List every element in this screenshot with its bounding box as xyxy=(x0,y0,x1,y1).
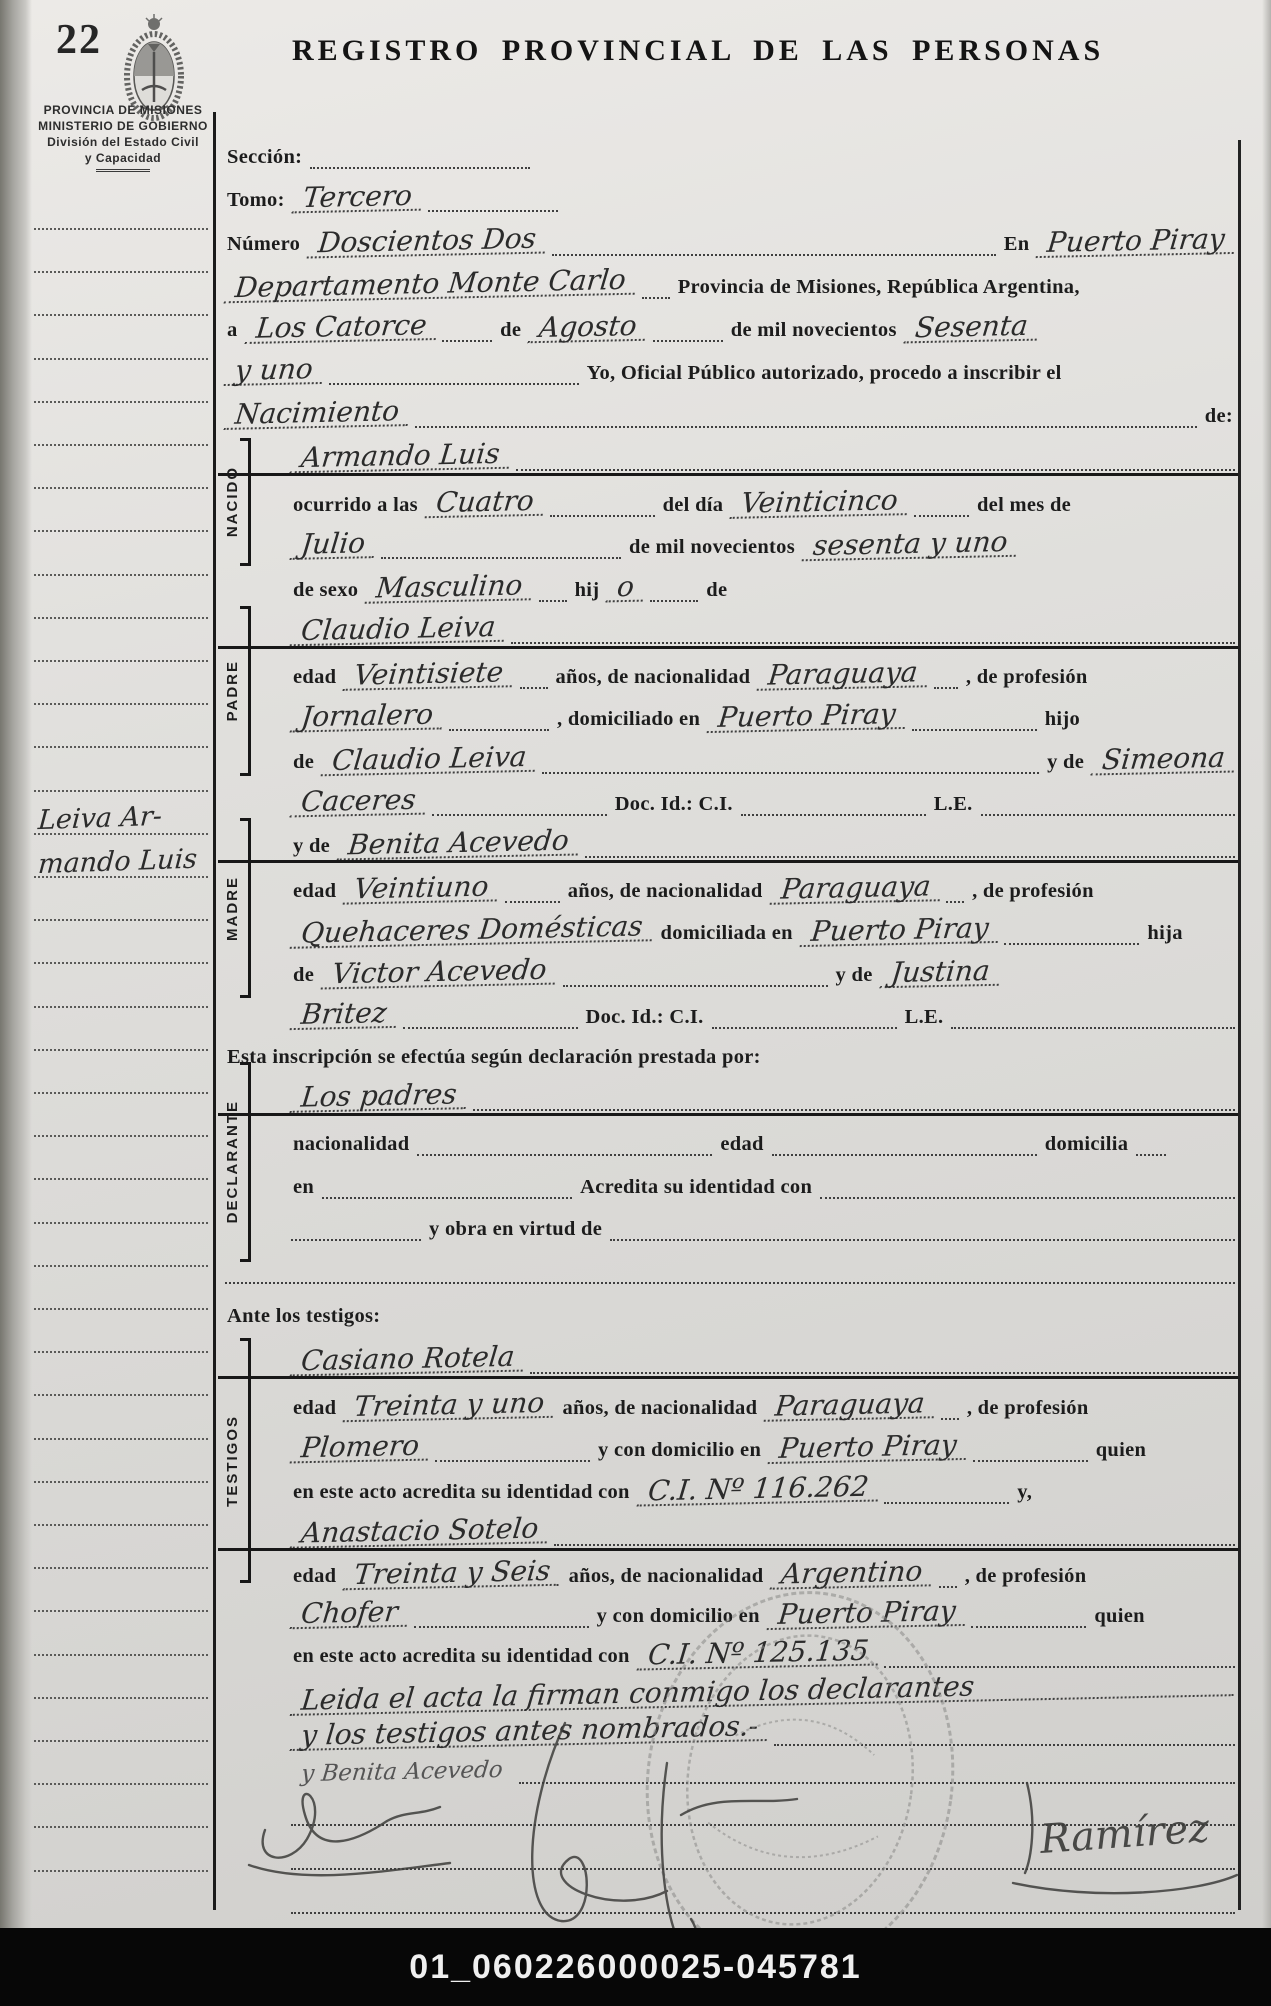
form-printed-label: L.E. xyxy=(929,794,978,823)
margin-ruled-line xyxy=(34,660,208,662)
section-label-testigos: TESTIGOS xyxy=(224,1338,251,1583)
form-printed-label: edad xyxy=(288,1566,341,1595)
margin-ruled-line xyxy=(34,1394,208,1396)
form-handwritten-value: Julio xyxy=(290,531,377,560)
form-printed-label: años, de nacionalidad xyxy=(557,1398,762,1427)
form-handwritten-value: Benita Acevedo xyxy=(337,829,580,861)
margin-ruled-line xyxy=(34,1351,208,1353)
form-printed-label: , de profesión xyxy=(961,667,1093,696)
form-row: deVictor Acevedoy deJustina xyxy=(222,953,1238,993)
margin-ruled-line xyxy=(34,1524,208,1526)
form-blank-line xyxy=(653,338,723,342)
form-handwritten-value: Puerto Piray xyxy=(768,1433,968,1464)
margin-ruled-line xyxy=(34,228,208,230)
form-blank-line xyxy=(432,812,607,816)
form-blank-line xyxy=(310,165,530,169)
margin-ruled-line xyxy=(34,746,208,748)
form-blank-line xyxy=(520,685,548,689)
form-printed-label: Doc. Id.: C.I. xyxy=(581,1007,709,1036)
form-handwritten-value: Puerto Piray xyxy=(800,916,1000,947)
signature-officer-icon xyxy=(532,1723,667,1921)
form-printed-label: nacionalidad xyxy=(288,1134,414,1163)
margin-note-line: Leiva Ar- xyxy=(37,793,220,843)
page-right-edge xyxy=(1262,0,1271,2006)
form-printed-label: edad xyxy=(288,667,341,696)
form-handwritten-value: Victor Acevedo xyxy=(321,958,558,990)
form-printed-label: de mil novecientos xyxy=(624,537,800,566)
form-handwritten-value: Simeona xyxy=(1091,746,1237,776)
form-printed-label: edad xyxy=(288,1398,341,1427)
form-row: NúmeroDoscientos DosEnPuerto Piray xyxy=(222,222,1238,262)
form-blank-line xyxy=(322,1195,572,1199)
scanned-birth-record: 22 REGISTRO PROVINCIAL DE LAS PERSONAS P… xyxy=(0,0,1271,2006)
form-blank-line xyxy=(505,899,560,903)
margin-ruled-line xyxy=(34,444,208,446)
form-row: edadVeintisieteaños, de nacionalidadPara… xyxy=(222,655,1238,695)
form-blank-line xyxy=(712,1025,897,1029)
margin-ruled-line xyxy=(34,1308,208,1310)
form-printed-label: en xyxy=(288,1177,319,1206)
form-blank-line xyxy=(914,513,969,517)
margin-ruled-line xyxy=(34,962,208,964)
form-printed-label: años, de nacionalidad xyxy=(563,881,768,910)
form-handwritten-value: Claudio Leiva xyxy=(290,615,507,646)
form-handwritten-value: Puerto Piray xyxy=(1036,227,1236,258)
margin-ruled-line xyxy=(34,1654,208,1656)
margin-ruled-line xyxy=(34,358,208,360)
form-row: Juliode mil novecientossesenta y uno xyxy=(222,525,1238,565)
form-row: edadVeintiunoaños, de nacionalidadParagu… xyxy=(222,869,1238,909)
form-printed-label: , de profesión xyxy=(962,1398,1094,1427)
margin-note: Leiva Ar- mando Luis xyxy=(38,796,218,884)
office-line: PROVINCIA DE MISIONES xyxy=(34,102,212,118)
form-handwritten-value: Anastacio Sotelo xyxy=(290,1516,550,1548)
form-row: Sección: xyxy=(222,135,1238,175)
form-printed-label: a xyxy=(222,320,243,349)
form-row: y unoYo, Oficial Público autorizado, pro… xyxy=(222,351,1238,391)
form-printed-label: de sexo xyxy=(288,580,363,609)
form-handwritten-value: Agosto xyxy=(528,314,648,343)
book-spine-shadow xyxy=(0,0,32,2006)
form-printed-label: edad xyxy=(288,881,341,910)
form-blank-line xyxy=(225,1280,1235,1284)
form-handwritten-value: Doscientos Dos xyxy=(307,227,548,259)
margin-ruled-line xyxy=(34,1092,208,1094)
form-row: nacionalidadedaddomicilia xyxy=(222,1122,1238,1162)
form-handwritten-value: Nacimiento xyxy=(224,399,411,430)
form-row: Plomeroy con domicilio enPuerto Pirayqui… xyxy=(222,1428,1238,1468)
form-printed-label: de xyxy=(288,752,319,781)
form-handwritten-value: sesenta y uno xyxy=(802,530,1019,561)
form-row: Esta inscripción se efectúa según declar… xyxy=(222,1035,1238,1075)
form-row: edadTreinta y unoaños, de nacionalidadPa… xyxy=(222,1386,1238,1426)
form-blank-line xyxy=(741,812,926,816)
form-blank-line xyxy=(381,555,621,559)
margin-ruled-line xyxy=(34,271,208,273)
form-printed-label: Provincia de Misiones, República Argenti… xyxy=(673,277,1085,306)
signature-declarant-icon xyxy=(263,1794,440,1858)
office-line: MINISTERIO DE GOBIERNO xyxy=(34,118,212,134)
form-blank-line xyxy=(473,1107,1235,1111)
form-handwritten-value: Tercero xyxy=(291,184,423,214)
section-label-madre: MADRE xyxy=(224,818,251,998)
margin-ruled-line xyxy=(34,314,208,316)
form-printed-label: de xyxy=(495,320,526,349)
margin-ruled-line xyxy=(34,1697,208,1699)
form-blank-line xyxy=(884,1500,1009,1504)
form-handwritten-value: Quehaceres Domésticas xyxy=(290,914,654,948)
form-row: aLos CatorcedeAgostode mil novecientosSe… xyxy=(222,308,1238,348)
form-handwritten-value: o xyxy=(606,575,646,603)
form-blank-line xyxy=(934,685,958,689)
form-blank-line xyxy=(563,983,828,987)
form-handwritten-value: Los padres xyxy=(290,1082,468,1113)
margin-ruled-line xyxy=(34,1135,208,1137)
form-printed-label: Acredita su identidad con xyxy=(575,1177,817,1206)
form-printed-label: y de xyxy=(288,836,335,865)
form-printed-label: Ante los testigos: xyxy=(222,1306,385,1335)
form-blank-line xyxy=(329,381,579,385)
form-row: Departamento Monte CarloProvincia de Mis… xyxy=(222,265,1238,305)
form-handwritten-value: Sesenta xyxy=(903,314,1038,344)
form-blank-line xyxy=(530,1370,1235,1374)
form-printed-label: del día xyxy=(658,495,729,524)
margin-ruled-line xyxy=(34,1783,208,1785)
form-blank-line xyxy=(946,899,964,903)
form-handwritten-value: Cuatro xyxy=(425,489,545,518)
margin-ruled-line xyxy=(34,1049,208,1051)
form-handwritten-value: Veinticinco xyxy=(730,488,909,519)
signature-ramirez: Ramírez xyxy=(1037,1805,1211,1863)
form-handwritten-value: Paraguaya xyxy=(757,660,929,690)
form-blank-line xyxy=(981,812,1235,816)
margin-ruled-line xyxy=(34,1826,208,1828)
form-handwritten-value: Justina xyxy=(879,959,1000,988)
scan-code: 01_060226000025-045781 xyxy=(409,1948,861,1987)
office-heading: PROVINCIA DE MISIONES MINISTERIO DE GOBI… xyxy=(34,102,212,172)
margin-ruled-line xyxy=(34,1438,208,1440)
margin-note-line: mando Luis xyxy=(37,837,220,887)
form-printed-label: y, xyxy=(1012,1482,1037,1511)
form-printed-label: domicilia xyxy=(1040,1134,1134,1163)
margin-ruled-line xyxy=(34,703,208,705)
page-number: 22 xyxy=(56,16,102,64)
margin-ruled-line xyxy=(34,790,208,792)
margin-ruled-line xyxy=(34,919,208,921)
form-blank-line xyxy=(585,854,1235,858)
form-handwritten-value: Caceres xyxy=(290,788,427,818)
form-row: Nacimientode: xyxy=(222,394,1238,434)
scan-code-bar: 01_060226000025-045781 xyxy=(0,1928,1271,2006)
registry-title: REGISTRO PROVINCIAL DE LAS PERSONAS xyxy=(292,34,1104,68)
form-blank-line xyxy=(642,295,670,299)
form-row: Armando Luis xyxy=(222,437,1238,477)
form-row: Tomo:Tercero xyxy=(222,178,1238,218)
form-row: CaceresDoc. Id.: C.I.L.E. xyxy=(222,782,1238,822)
form-row: y obra en virtud de xyxy=(222,1207,1238,1247)
form-printed-label: ocurrido a las xyxy=(288,495,423,524)
form-blank-line xyxy=(442,338,492,342)
form-blank-line xyxy=(435,1458,590,1462)
form-left-rule xyxy=(213,112,216,1910)
office-line: y Capacidad xyxy=(34,150,212,166)
form-handwritten-value: Jornalero xyxy=(290,703,445,733)
form-blank-line xyxy=(912,727,1037,731)
form-printed-label: edad xyxy=(715,1134,768,1163)
signature-ramirez-flourish xyxy=(1025,1783,1032,1873)
form-handwritten-value: Departamento Monte Carlo xyxy=(224,268,637,303)
form-handwritten-value: Veintiuno xyxy=(343,875,500,905)
form-printed-label: Esta inscripción se efectúa según declar… xyxy=(222,1047,766,1076)
form-row: en este acto acredita su identidad conC.… xyxy=(222,1470,1238,1510)
form-blank-line xyxy=(542,770,1039,774)
form-handwritten-value: Veintisiete xyxy=(343,660,515,690)
form-row: Claudio Leiva xyxy=(222,610,1238,650)
form-row: Quehaceres Domésticasdomiciliada enPuert… xyxy=(222,911,1238,951)
margin-ruled-line xyxy=(34,530,208,532)
form-blank-line xyxy=(539,598,567,602)
form-row: ocurrido a lasCuatrodel díaVeinticincode… xyxy=(222,483,1238,523)
form-blank-line xyxy=(554,1542,1235,1546)
office-line: División del Estado Civil xyxy=(34,134,212,150)
form-blank-line xyxy=(941,1416,959,1420)
margin-ruled-line xyxy=(34,1740,208,1742)
form-blank-line xyxy=(650,598,698,602)
form-printed-label: hij xyxy=(570,580,605,609)
form-printed-label: años, de nacionalidad xyxy=(551,667,756,696)
form-printed-label: y de xyxy=(831,965,878,994)
margin-ruled-line xyxy=(34,487,208,489)
margin-ruled-line xyxy=(34,1481,208,1483)
form-row: Los padres xyxy=(222,1077,1238,1117)
form-printed-label: , de profesión xyxy=(967,881,1099,910)
form-printed-label: de: xyxy=(1200,406,1238,435)
section-label-declarante: DECLARANTE xyxy=(224,1062,251,1262)
section-label-padre: PADRE xyxy=(224,606,251,776)
margin-ruled-line xyxy=(34,1006,208,1008)
form-blank-line xyxy=(1136,1152,1166,1156)
form-handwritten-value: C.I. Nº 116.262 xyxy=(636,1475,879,1507)
form-blank-line xyxy=(428,208,558,212)
form-printed-label: hija xyxy=(1142,923,1187,952)
form-printed-label: del mes de xyxy=(972,495,1076,524)
form-handwritten-value: Treinta y uno xyxy=(343,1391,556,1422)
form-blank-line xyxy=(820,1195,1235,1199)
form-blank-line xyxy=(449,727,549,731)
form-printed-label: Tomo: xyxy=(222,190,290,219)
form-blank-line xyxy=(516,467,1235,471)
form-printed-label: Doc. Id.: C.I. xyxy=(610,794,738,823)
form-blank-line xyxy=(415,424,1197,428)
form-blank-line xyxy=(403,1025,578,1029)
form-printed-label: L.E. xyxy=(900,1007,949,1036)
form-row: Anastacio Sotelo xyxy=(222,1512,1238,1552)
margin-ruled-line xyxy=(34,617,208,619)
form-blank-line xyxy=(973,1458,1088,1462)
form-printed-label: Yo, Oficial Público autorizado, procedo … xyxy=(582,363,1067,392)
form-printed-label: quien xyxy=(1091,1440,1152,1469)
form-blank-line xyxy=(772,1152,1037,1156)
form-handwritten-value: Paraguaya xyxy=(764,1391,936,1421)
form-handwritten-value: Plomero xyxy=(290,1434,431,1464)
form-row: BritezDoc. Id.: C.I.L.E. xyxy=(222,995,1238,1035)
form-printed-label: hijo xyxy=(1040,709,1085,738)
form-blank-line xyxy=(951,1025,1235,1029)
form-handwritten-value: Masculino xyxy=(365,573,534,603)
margin-ruled-line xyxy=(34,1567,208,1569)
form-row: y deBenita Acevedo xyxy=(222,824,1238,864)
margin-ruled-line xyxy=(34,1178,208,1180)
form-printed-label: Sección: xyxy=(222,147,307,176)
form-row: de sexoMasculinohijode xyxy=(222,568,1238,608)
form-handwritten-value: Casiano Rotela xyxy=(290,1345,526,1377)
form-handwritten-value: Claudio Leiva xyxy=(321,745,538,776)
form-printed-label: En xyxy=(999,234,1035,263)
margin-ruled-line xyxy=(34,1610,208,1612)
form-row xyxy=(222,1250,1238,1290)
form-printed-label: domiciliada en xyxy=(656,923,798,952)
margin-ruled-line xyxy=(34,1870,208,1872)
form-printed-label: en este acto acredita su identidad con xyxy=(288,1482,635,1511)
form-printed-label: y de xyxy=(1042,752,1089,781)
office-underline xyxy=(96,169,150,172)
margin-ruled-line xyxy=(34,1265,208,1267)
margin-ruled-line xyxy=(34,401,208,403)
form-row: Ante los testigos: xyxy=(222,1294,1238,1334)
form-printed-label: Número xyxy=(222,234,305,263)
form-handwritten-value: Treinta y Seis xyxy=(343,1559,562,1590)
form-handwritten-value: Paraguaya xyxy=(769,874,941,904)
form-handwritten-value: Los Catorce xyxy=(244,313,437,344)
form-handwritten-value: y uno xyxy=(224,357,324,386)
form-printed-label: , domiciliado en xyxy=(552,709,705,738)
form-row: Jornalero, domiciliado enPuerto Pirayhij… xyxy=(222,697,1238,737)
form-blank-line xyxy=(511,640,1235,644)
form-blank-line xyxy=(610,1237,1235,1241)
form-row: Casiano Rotela xyxy=(222,1340,1238,1380)
form-printed-label: de xyxy=(288,965,319,994)
form-handwritten-value: Puerto Piray xyxy=(707,702,907,733)
form-handwritten-value: Britez xyxy=(290,1001,398,1030)
form-printed-label: de xyxy=(701,580,732,609)
margin-ruled-line xyxy=(34,1222,208,1224)
form-row: enAcredita su identidad con xyxy=(222,1165,1238,1205)
form-printed-label: y con domicilio en xyxy=(593,1440,766,1469)
section-label-nacido: NACIDO xyxy=(224,438,251,566)
form-row: deClaudio Leivay deSimeona xyxy=(222,740,1238,780)
form-blank-line xyxy=(552,252,996,256)
form-printed-label: de mil novecientos xyxy=(726,320,902,349)
form-blank-line xyxy=(417,1152,712,1156)
form-blank-line xyxy=(1004,941,1139,945)
form-blank-line xyxy=(291,1237,421,1241)
form-blank-line xyxy=(550,513,655,517)
margin-ruled-line xyxy=(34,574,208,576)
form-printed-label: y obra en virtud de xyxy=(424,1219,607,1248)
form-handwritten-value: Armando Luis xyxy=(290,442,511,473)
